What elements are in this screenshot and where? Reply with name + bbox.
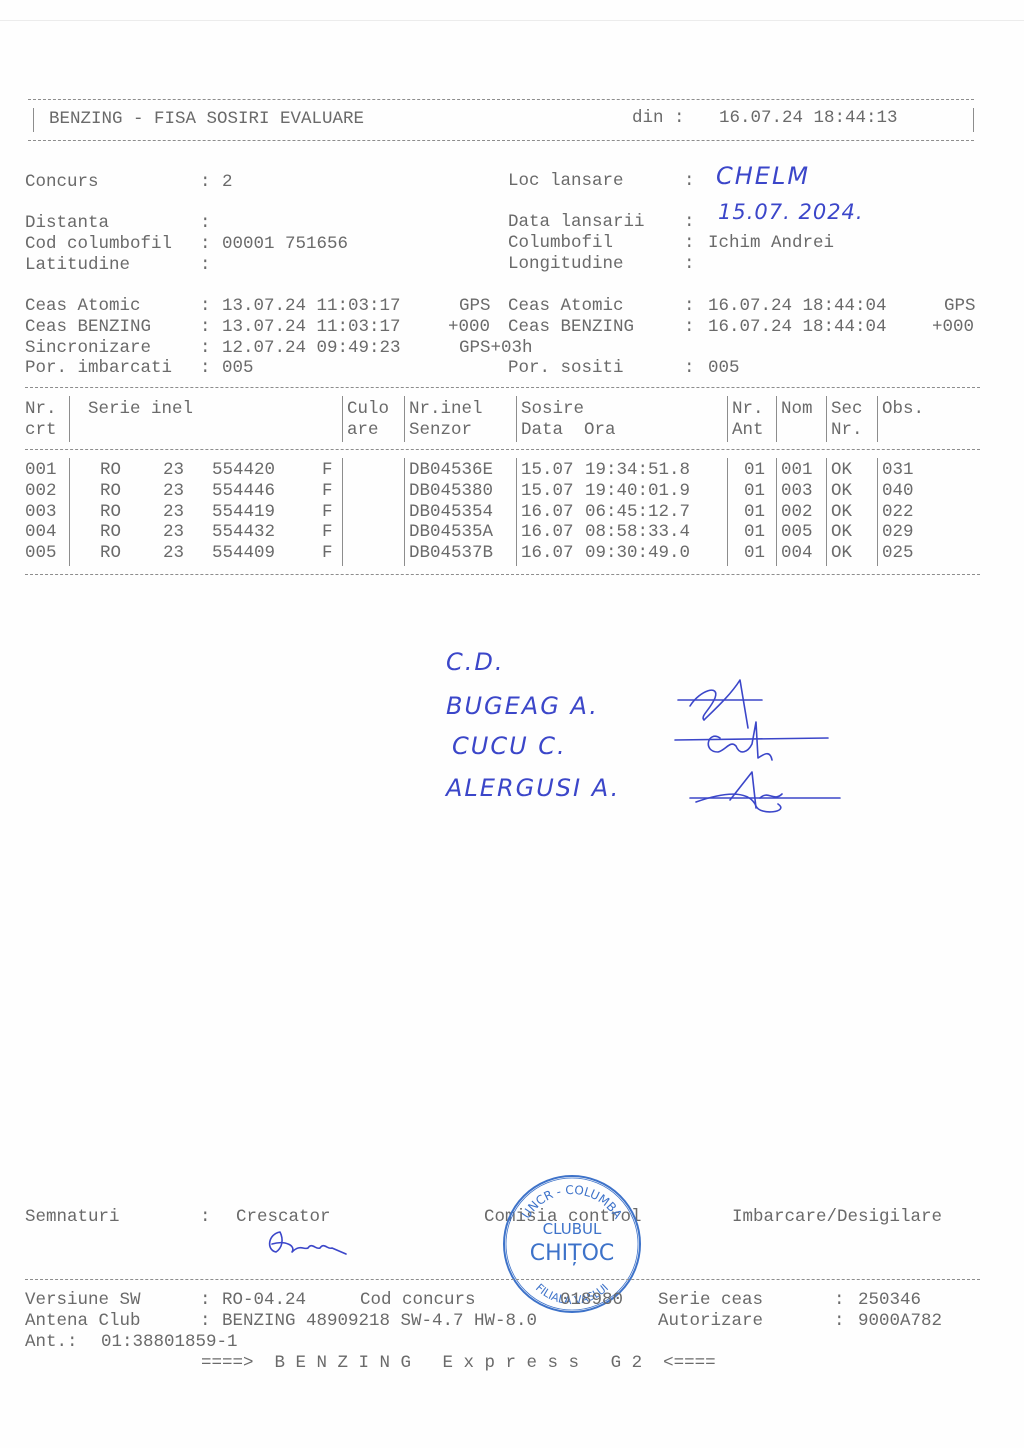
commission-member-3: ALERGUSI A. [446, 774, 620, 802]
col-divider [877, 458, 878, 566]
columbofil-value: Ichim Andrei [708, 233, 834, 254]
cell-arrival-time: 19:40:01.9 [585, 481, 690, 502]
data-lansarii-sep: : [684, 212, 695, 233]
report-date-value: 16.07.24 18:44:13 [719, 108, 898, 129]
antena-club-sep: : [200, 1311, 211, 1332]
commission-member-2: CUCU C. [452, 732, 567, 760]
semnaturi-label: Semnaturi [25, 1207, 120, 1228]
arrival-report-page: BENZING - FISA SOSIRI EVALUARE din : 16.… [0, 0, 1024, 1448]
cell-year: 23 [163, 460, 184, 481]
cell-sensor-ring: DB04536E [409, 460, 493, 481]
cell-obs: 029 [882, 522, 914, 543]
header-right-border [973, 108, 974, 132]
imbarcare-desigilare-label: Imbarcare/Desigilare [732, 1207, 942, 1228]
header-sec-nr-2: Nr. [831, 420, 863, 441]
por-imbarcati-sep: : [200, 358, 211, 379]
crescator-signature [262, 1226, 352, 1262]
por-imbarcati-label: Por. imbarcati [25, 358, 172, 379]
col-divider [404, 396, 405, 442]
cell-ring-number: 554420 [212, 460, 275, 481]
sincronizare-suffix: GPS+03h [459, 338, 533, 359]
benzing-banner: ====> B E N Z I N G E x p r e s s G 2 <=… [201, 1353, 716, 1374]
cell-antenna: 01 [744, 460, 765, 481]
ceas-atomic-start-label: Ceas Atomic [25, 296, 141, 317]
cell-nr-crt: 003 [25, 502, 57, 523]
cell-year: 23 [163, 522, 184, 543]
stamp-line-2: CHIȚOC [530, 1241, 615, 1266]
serie-ceas-label: Serie ceas [658, 1290, 763, 1311]
cell-nom: 004 [781, 543, 813, 564]
columbofil-label: Columbofil [508, 233, 613, 254]
cell-obs: 022 [882, 502, 914, 523]
cell-arrival-date: 16.07 [521, 502, 574, 523]
header-left-border [33, 108, 34, 132]
ceas-benzing-start-value: 13.07.24 11:03:17 [222, 317, 401, 338]
cell-nom: 002 [781, 502, 813, 523]
cell-nr-crt: 004 [25, 522, 57, 543]
cell-sex: F [322, 481, 333, 502]
semnaturi-sep: : [200, 1207, 211, 1228]
signature-2 [675, 722, 828, 760]
cell-sex: F [322, 460, 333, 481]
header-sosire-1: Sosire [521, 399, 584, 420]
header-nr-crt-1: Nr. [25, 399, 57, 420]
header-nr-ant-2: Ant [732, 420, 764, 441]
ceas-atomic-start-suffix: GPS [459, 296, 491, 317]
ceas-atomic-end-suffix: GPS [944, 296, 976, 317]
cell-nr-crt: 001 [25, 460, 57, 481]
stamp-top-arc: UNCR - COLUMBA [519, 1183, 625, 1222]
col-divider [877, 396, 878, 442]
cell-sec-nr: OK [831, 502, 852, 523]
latitudine-sep: : [200, 255, 211, 276]
cell-arrival-date: 16.07 [521, 543, 574, 564]
ceas-benzing-start-sep: : [200, 317, 211, 338]
longitudine-label: Longitudine [508, 254, 624, 275]
cell-country: RO [100, 543, 121, 564]
footer-separator [25, 1279, 980, 1280]
col-divider [342, 458, 343, 566]
loc-lansare-sep: : [684, 171, 695, 192]
por-sositi-value: 005 [708, 358, 740, 379]
col-divider [727, 396, 728, 442]
autorizare-label: Autorizare [658, 1311, 763, 1332]
cell-ring-number: 554409 [212, 543, 275, 564]
sincronizare-label: Sincronizare [25, 338, 151, 359]
cell-sex: F [322, 522, 333, 543]
cod-columbofil-label: Cod columbofil [25, 234, 172, 255]
columbofil-sep: : [684, 233, 695, 254]
cell-year: 23 [163, 502, 184, 523]
versiune-sw-label: Versiune SW [25, 1290, 141, 1311]
cell-country: RO [100, 502, 121, 523]
longitudine-sep: : [684, 254, 695, 275]
col-divider [516, 458, 517, 566]
cell-antenna: 01 [744, 502, 765, 523]
serie-ceas-value: 250346 [858, 1290, 921, 1311]
header-sec-nr-1: Sec [831, 399, 863, 420]
ceas-atomic-start-value: 13.07.24 11:03:17 [222, 296, 401, 317]
ceas-benzing-end-suffix: +000 [932, 317, 974, 338]
latitudine-label: Latitudine [25, 255, 130, 276]
cell-sec-nr: OK [831, 543, 852, 564]
cell-country: RO [100, 460, 121, 481]
cell-antenna: 01 [744, 522, 765, 543]
col-divider [727, 458, 728, 566]
cell-antenna: 01 [744, 481, 765, 502]
cell-country: RO [100, 481, 121, 502]
header-nom: Nom [781, 399, 813, 420]
ceas-atomic-end-sep: : [684, 296, 695, 317]
autorizare-sep: : [834, 1311, 845, 1332]
commission-signatures [660, 660, 860, 830]
scan-edge-line [0, 20, 1024, 21]
cell-nom: 001 [781, 460, 813, 481]
col-divider [776, 458, 777, 566]
header-sosire-2: Data Ora [521, 420, 616, 441]
header-nr-inel-senzor-1: Nr.inel [409, 399, 483, 420]
cell-ring-number: 554446 [212, 481, 275, 502]
sincronizare-sep: : [200, 338, 211, 359]
cell-ring-number: 554432 [212, 522, 275, 543]
concurs-sep: : [200, 172, 211, 193]
cell-sensor-ring: DB045380 [409, 481, 493, 502]
crescator-label: Crescator [236, 1207, 331, 1228]
header-serie-inel: Serie inel [88, 399, 193, 420]
svg-text:UNCR - COLUMBA: UNCR - COLUMBA [519, 1183, 625, 1222]
cell-arrival-time: 06:45:12.7 [585, 502, 690, 523]
cod-columbofil-sep: : [200, 234, 211, 255]
ceas-benzing-start-suffix: +000 [448, 317, 490, 338]
header-culoare-1: Culo [347, 399, 389, 420]
col-divider [826, 458, 827, 566]
cell-year: 23 [163, 543, 184, 564]
cell-arrival-time: 09:30:49.0 [585, 543, 690, 564]
autorizare-value: 9000A782 [858, 1311, 942, 1332]
loc-lansare-handwritten: CHELM [716, 162, 810, 190]
cell-nr-crt: 002 [25, 481, 57, 502]
concurs-value: 2 [222, 172, 233, 193]
distanta-label: Distanta [25, 213, 109, 234]
cell-country: RO [100, 522, 121, 543]
cell-year: 23 [163, 481, 184, 502]
cell-obs: 025 [882, 543, 914, 564]
sincronizare-value: 12.07.24 09:49:23 [222, 338, 401, 359]
cod-concurs-value: 018980 [560, 1290, 623, 1311]
cell-nom: 005 [781, 522, 813, 543]
table-top-border [25, 387, 980, 388]
cell-arrival-time: 08:58:33.4 [585, 522, 690, 543]
cell-arrival-date: 15.07 [521, 481, 574, 502]
data-lansarii-handwritten: 15.07. 2024. [718, 200, 864, 224]
signature-1 [678, 680, 762, 728]
cell-antenna: 01 [744, 543, 765, 564]
col-divider [69, 396, 70, 442]
cod-concurs-label: Cod concurs [360, 1290, 476, 1311]
versiune-sw-sep: : [200, 1290, 211, 1311]
report-date-label: din : [632, 108, 685, 129]
ceas-benzing-end-label: Ceas BENZING [508, 317, 634, 338]
header-nr-ant-1: Nr. [732, 399, 764, 420]
col-divider [342, 396, 343, 442]
ceas-benzing-end-sep: : [684, 317, 695, 338]
commission-member-1: BUGEAG A. [446, 692, 599, 720]
cell-arrival-date: 15.07 [521, 460, 574, 481]
concurs-label: Concurs [25, 172, 99, 193]
header-top-border [28, 99, 974, 100]
report-title: BENZING - FISA SOSIRI EVALUARE [49, 109, 364, 130]
ceas-benzing-start-label: Ceas BENZING [25, 317, 151, 338]
cell-sex: F [322, 502, 333, 523]
ceas-atomic-end-label: Ceas Atomic [508, 296, 624, 317]
cell-arrival-time: 19:34:51.8 [585, 460, 690, 481]
col-divider [826, 396, 827, 442]
cell-sec-nr: OK [831, 522, 852, 543]
versiune-sw-value: RO-04.24 [222, 1290, 306, 1311]
col-divider [404, 458, 405, 566]
cell-sensor-ring: DB04535A [409, 522, 493, 543]
antena-club-value: BENZING 48909218 SW-4.7 HW-8.0 [222, 1311, 537, 1332]
cell-sec-nr: OK [831, 481, 852, 502]
header-nr-inel-senzor-2: Senzor [409, 420, 472, 441]
cell-sec-nr: OK [831, 460, 852, 481]
loc-lansare-label: Loc lansare [508, 171, 624, 192]
header-culoare-2: are [347, 420, 379, 441]
cell-sex: F [322, 543, 333, 564]
header-bottom-border [28, 140, 974, 141]
ceas-atomic-start-sep: : [200, 296, 211, 317]
data-lansarii-label: Data lansarii [508, 212, 645, 233]
header-obs: Obs. [882, 399, 924, 420]
col-divider [776, 396, 777, 442]
cell-sensor-ring: DB04537B [409, 543, 493, 564]
stamp-line-1: CLUBUL [543, 1220, 602, 1238]
ceas-benzing-end-value: 16.07.24 18:44:04 [708, 317, 887, 338]
cell-obs: 040 [882, 481, 914, 502]
cod-columbofil-value: 00001 751656 [222, 234, 348, 255]
table-bottom-border [25, 574, 980, 575]
ceas-atomic-end-value: 16.07.24 18:44:04 [708, 296, 887, 317]
por-imbarcati-value: 005 [222, 358, 254, 379]
header-nr-crt-2: crt [25, 420, 57, 441]
cell-sensor-ring: DB045354 [409, 502, 493, 523]
cell-nom: 003 [781, 481, 813, 502]
distanta-sep: : [200, 213, 211, 234]
cell-ring-number: 554419 [212, 502, 275, 523]
table-header-separator [25, 449, 980, 450]
por-sositi-label: Por. sositi [508, 358, 624, 379]
por-sositi-sep: : [684, 358, 695, 379]
ant-label: Ant.: [25, 1332, 78, 1353]
cell-arrival-date: 16.07 [521, 522, 574, 543]
signature-3 [690, 772, 840, 812]
col-divider [516, 396, 517, 442]
antena-club-label: Antena Club [25, 1311, 141, 1332]
cell-obs: 031 [882, 460, 914, 481]
col-divider [69, 458, 70, 566]
commission-heading: C.D. [446, 648, 505, 676]
serie-ceas-sep: : [834, 1290, 845, 1311]
ant-value: 01:38801859-1 [101, 1332, 238, 1353]
cell-nr-crt: 005 [25, 543, 57, 564]
